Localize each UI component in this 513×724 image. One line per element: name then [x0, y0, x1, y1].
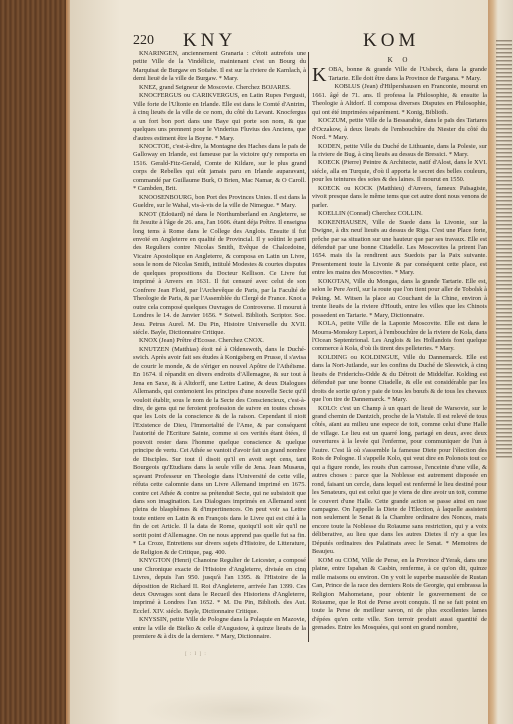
running-head-right: KOM [363, 30, 419, 52]
dictionary-entry: KODEN, petite Ville du Duché de Lithuani… [312, 143, 487, 160]
entry-headword: KOLO [318, 405, 336, 412]
dictionary-entry: KOBA, bonne & grande Ville de l'Usbeck, … [312, 66, 487, 83]
page-number: 220 [133, 33, 154, 49]
entry-headword: KNARINGEN [139, 50, 177, 57]
book-fore-edge [0, 0, 68, 724]
dictionary-entry: KOLDING ou KOLDINGUE, Ville du Dannemarc… [312, 354, 487, 405]
signature-mark: [ : I ] : [185, 652, 207, 657]
entry-headword: KNOCFERGUS ou CARIKVERGUS [139, 92, 238, 99]
dictionary-entry: KOM ou COM, Ville de Perse, en la Provin… [312, 557, 487, 633]
dictionary-entry: KOECK ou KOCK (Matthieu) d'Anvers, fameu… [312, 185, 487, 210]
dictionary-entry: KOKOTAN, Ville du Mongas, dans la grande… [312, 278, 487, 320]
entry-headword: KNYGTON (Henri) [139, 557, 191, 564]
entry-headword: KOECK ou KOCK (Matthieu) [318, 185, 404, 192]
entry-text: Chanoine Regulier de Leicester, a compos… [133, 557, 306, 615]
entry-headword: KOELLIN (Conrad) [318, 210, 370, 217]
dictionary-entry: KNUTZEN (Matthias) étoit né à Oldenswoth… [133, 346, 306, 557]
column-divider [308, 52, 309, 642]
entry-text: né dans le Northumberland en Angleterre,… [133, 211, 306, 336]
entry-headword: KNOT (Edoüard) [139, 211, 185, 218]
entry-headword: OBA [328, 66, 342, 73]
entry-text: , Ville du Dannemarck. Elle est dans la … [312, 354, 487, 403]
entry-headword: KOM ou COM [318, 557, 358, 564]
dictionary-entry: KNYGTON (Henri) Chanoine Regulier de Lei… [133, 557, 306, 616]
dictionary-entry: KOBLUS (Jean) d'Hilpershausen en Francon… [312, 83, 487, 117]
entry-text: , Ville de Suede dans la Livonie, sur la… [312, 219, 487, 277]
entry-headword: KOLDING ou KOLDINGUE [318, 354, 398, 361]
page-header: 220 KNY KOM [133, 30, 493, 52]
entry-text: , en Latin Rupes Fergusii, Ville forte d… [133, 92, 306, 141]
entry-headword: KOKOTAN [318, 278, 349, 285]
section-title: K O [312, 56, 487, 64]
dictionary-entry: KNOCTOE, c'est-à-dire, la Montagne des H… [133, 143, 306, 194]
entry-headword: KOLA [318, 320, 336, 327]
entry-text: , bonne & grande Ville de l'Usbeck, dans… [328, 66, 487, 81]
entry-text: Prêtre d'Ecosse. Cherchez CNOX. [175, 337, 264, 344]
facing-page-text [496, 40, 512, 460]
dictionary-entry: KNARINGEN, anciennement Granaria : c'éto… [133, 50, 306, 84]
dictionary-entry: KOLA, petite Ville de la Laponie Moscovi… [312, 320, 487, 354]
dictionary-entry: KOKENHAUSEN, Ville de Suede dans la Livo… [312, 219, 487, 278]
drop-cap: K [312, 67, 326, 84]
entry-text: , petite Ville de la Laponie Moscovite. … [312, 320, 487, 352]
dictionary-entry: KOCZUM, petite Ville de la Bessarabie, d… [312, 117, 487, 142]
entry-headword: KOKENHAUSEN [318, 219, 366, 226]
entry-text: : c'est un Champ à un quart de lieuë de … [312, 405, 487, 556]
dictionary-entry: KOELLIN (Conrad) Cherchez COLLIN. [312, 210, 487, 218]
dictionary-entry: KOECK (Pierre) Peintre & Architecte, nat… [312, 159, 487, 184]
entry-headword: KNOX (Jean) [139, 337, 175, 344]
entry-headword: KODEN [318, 143, 340, 150]
entry-text: , Ville de Perse, en la Province d'Yerak… [312, 557, 487, 632]
page-shadow [140, 690, 340, 724]
dictionary-entry: KNOX (Jean) Prêtre d'Ecosse. Cherchez CN… [133, 337, 306, 345]
entry-text: , c'est-à-dire, la Montagne des Haches d… [133, 143, 306, 192]
dictionary-entry: KNYSSIN, petite Ville de Pologne dans la… [133, 616, 306, 641]
left-column: KNARINGEN, anciennement Granaria : c'éto… [133, 50, 306, 642]
entry-headword: KOCZUM [318, 117, 346, 124]
entry-headword: KOECK (Pierre) [318, 159, 361, 166]
entry-text: étoit né à Oldenswoth, dans le Duché-swi… [133, 346, 306, 556]
entry-headword: KNYSSIN [139, 616, 167, 623]
entry-headword: KNEZ [139, 84, 156, 91]
entry-text: Cherchez COLLIN. [370, 210, 422, 217]
dictionary-entry: KNOCFERGUS ou CARIKVERGUS, en Latin Rupe… [133, 92, 306, 143]
entry-headword: KNOOSENBOURG [139, 194, 192, 201]
entry-headword: KOBLUS (Jean) [334, 83, 377, 90]
entry-headword: KNUTZEN (Matthias) [139, 346, 199, 353]
entry-text: , grand Seigneur de Moscovie. Cherchez B… [156, 84, 291, 91]
dictionary-entry: KNOT (Edoüard) né dans le Northumberland… [133, 211, 306, 338]
entry-headword: KNOCTOE [139, 143, 169, 150]
right-column: K O KOBA, bonne & grande Ville de l'Usbe… [312, 50, 487, 633]
dictionary-entry: KNOOSENBOURG, bon Port des Provinces Uni… [133, 194, 306, 211]
running-head-left: KNY [183, 30, 236, 52]
dictionary-entry: KOLO: c'est un Champ à un quart de lieuë… [312, 405, 487, 557]
dictionary-entry: KNEZ, grand Seigneur de Moscovie. Cherch… [133, 84, 306, 92]
